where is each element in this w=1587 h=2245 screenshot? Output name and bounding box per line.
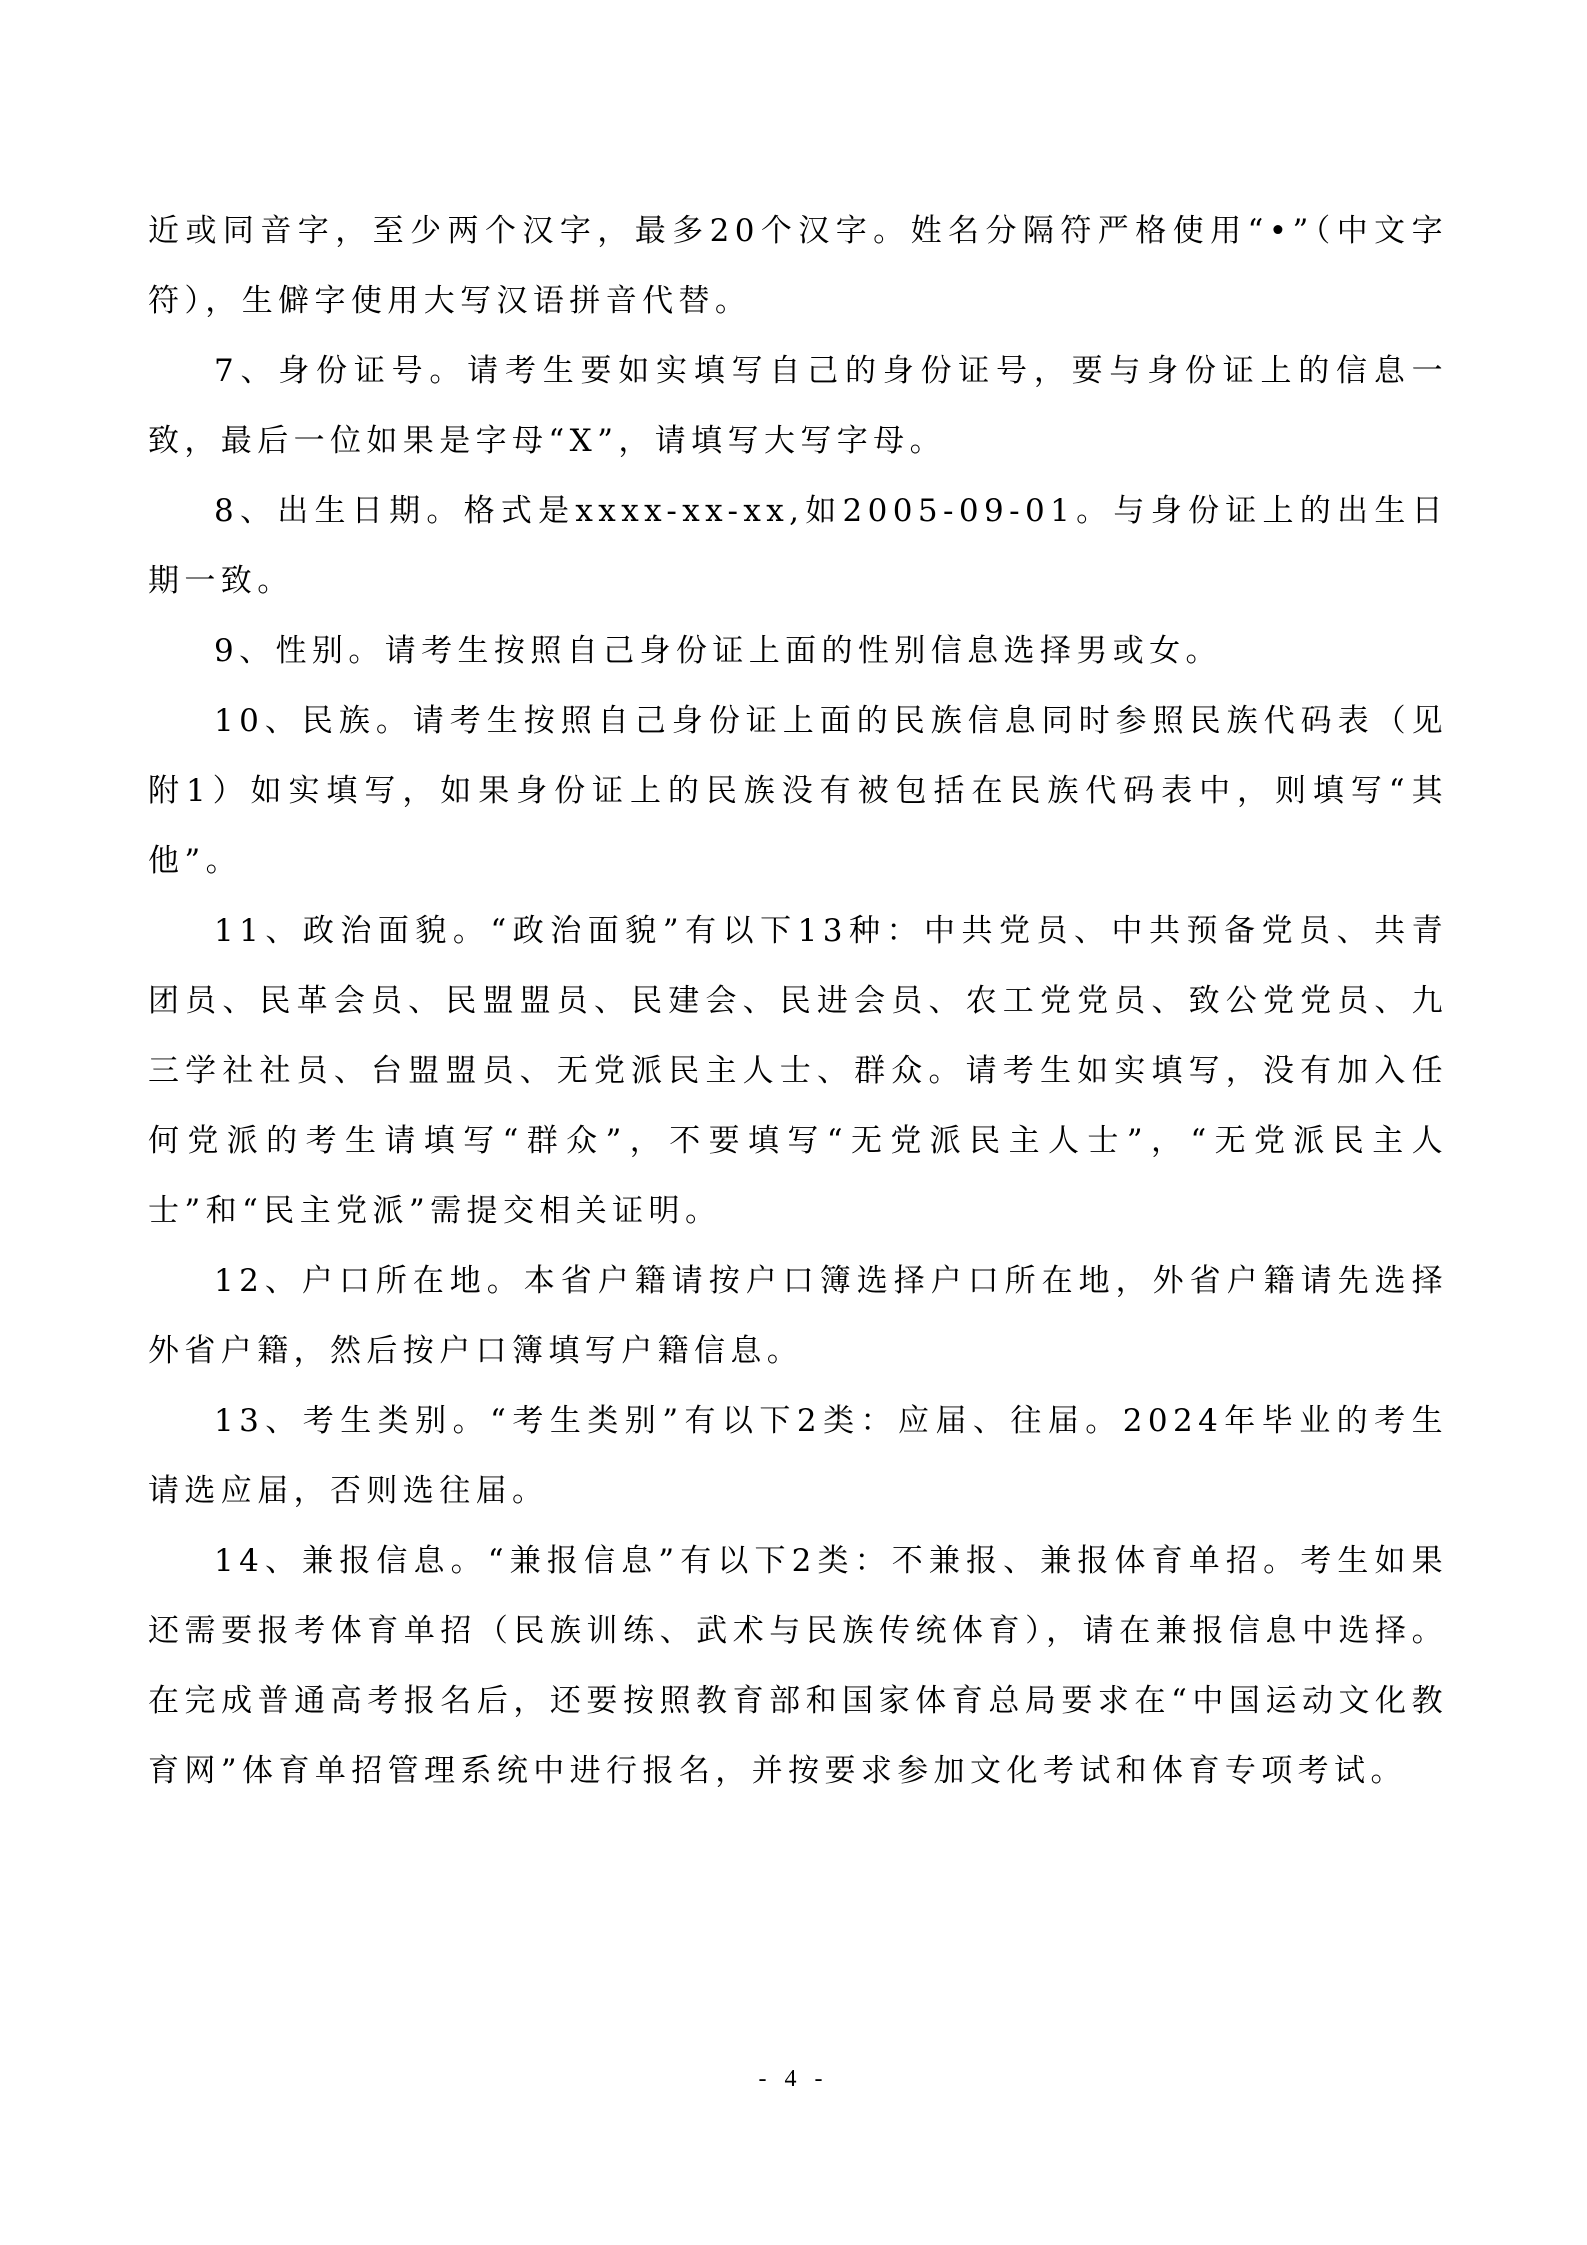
paragraph-item-10-ethnicity: 10、民族。请考生按照自己身份证上面的民族信息同时参照民族代码表（见附1）如实填… [148, 686, 1448, 896]
paragraph-item-8-birth-date: 8、出生日期。格式是xxxx-xx-xx,如2005-09-01。与身份证上的出… [148, 476, 1448, 616]
paragraph-item-11-political-status: 11、政治面貌。“政治面貌”有以下13种：中共党员、中共预备党员、共青团员、民革… [148, 896, 1448, 1246]
paragraph-item-7-id-number: 7、身份证号。请考生要如实填写自己的身份证号，要与身份证上的信息一致，最后一位如… [148, 336, 1448, 476]
paragraph-item-13-candidate-category: 13、考生类别。“考生类别”有以下2类：应届、往届。2024年毕业的考生请选应届… [148, 1386, 1448, 1526]
paragraph-item-6-continued: 近或同音字，至少两个汉字，最多20个汉字。姓名分隔符严格使用“•”（中文字符），… [148, 196, 1448, 336]
paragraph-item-9-gender: 9、性别。请考生按照自己身份证上面的性别信息选择男或女。 [148, 616, 1448, 686]
page-number: - 4 - [0, 2066, 1587, 2093]
paragraph-item-12-household-registration: 12、户口所在地。本省户籍请按户口簿选择户口所在地，外省户籍请先选择外省户籍，然… [148, 1246, 1448, 1386]
document-body: 近或同音字，至少两个汉字，最多20个汉字。姓名分隔符严格使用“•”（中文字符），… [148, 196, 1448, 1806]
paragraph-item-14-concurrent-application: 14、兼报信息。“兼报信息”有以下2类：不兼报、兼报体育单招。考生如果还需要报考… [148, 1526, 1448, 1806]
